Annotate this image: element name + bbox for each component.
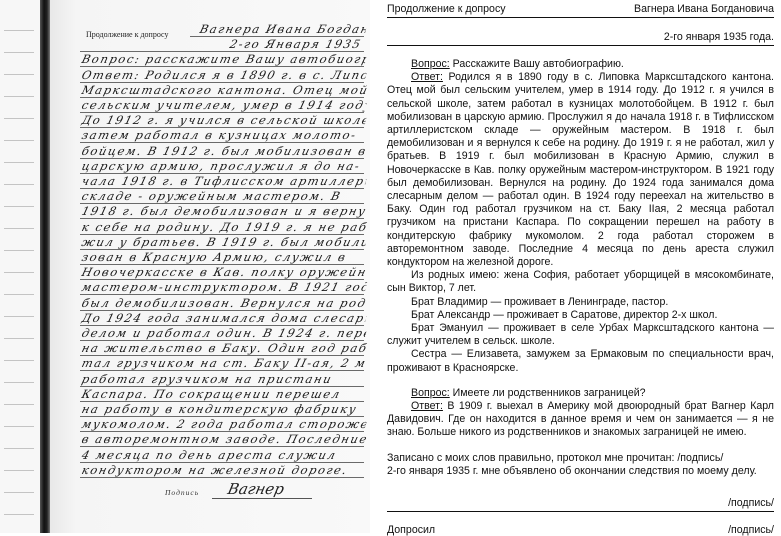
margin-rule	[4, 426, 34, 427]
handwritten-line: складе - оружейным мастером. В	[80, 189, 367, 203]
document-header: Продолжение к допросу Вагнера Ивана Богд…	[387, 0, 774, 18]
handwritten-line: 1918 г. был демобилизован и я вернулся	[80, 204, 367, 218]
question-1-label: Вопрос:	[411, 58, 450, 70]
margin-rule	[4, 162, 34, 163]
margin-rule	[4, 96, 34, 97]
margin-rule	[4, 470, 34, 471]
relative-brother-alexander: Брат Александр — проживает в Саратове, д…	[387, 309, 774, 322]
handwritten-line: Марксштадского кантона. Отец мой был	[80, 83, 367, 97]
handwritten-line: на жительство в Баку. Один год рабо-	[80, 341, 367, 355]
handwritten-line: к себе на родину. До 1919 г. я не работа…	[80, 220, 367, 234]
margin-rule	[4, 514, 34, 515]
handwritten-line: 4 месяца по день ареста служил	[80, 448, 367, 462]
handwritten-line: работал грузчиком на пристани	[80, 372, 367, 386]
closing-recorded-statement: Записано с моих слов правильно, протокол…	[387, 452, 774, 465]
margin-rule	[4, 338, 34, 339]
handwritten-line: жил у братьев. В 1919 г. был мобили-	[80, 235, 367, 249]
scan-header-label: Продолжение к допросу	[86, 30, 168, 39]
margin-rule	[4, 184, 34, 185]
margin-rule	[4, 316, 34, 317]
interrogator-label: Допросил	[387, 524, 435, 536]
handwritten-line: мукомолом. 2 года работал сторожем	[80, 417, 367, 431]
handwritten-line: 2-го Января 1935	[228, 37, 367, 51]
handwritten-line: на работу в кондитерскую фабрику	[80, 402, 367, 416]
margin-rule	[4, 140, 34, 141]
margin-rule	[4, 272, 34, 273]
relatives-intro: Из родных имею: жена София, работает убо…	[387, 269, 774, 295]
scanned-handwritten-page: Продолжение к допросу Подпись Вагнер Ваг…	[0, 0, 370, 533]
handwritten-line: тал грузчиком на ст. Баку II-ая, 2 месяц…	[80, 356, 367, 370]
margin-rule	[4, 52, 34, 53]
handwritten-line: чала 1918 г. в Тифлисском артиллерийском	[80, 174, 367, 188]
handwritten-line: сельским учителем, умер в 1914 году.	[80, 98, 367, 112]
margin-rule	[4, 228, 34, 229]
margin-rule	[4, 492, 34, 493]
handwritten-line: Вопрос: расскажите Вашу автобиографию	[80, 52, 367, 66]
margin-rule	[4, 118, 34, 119]
page-binding	[40, 0, 50, 533]
margin-rule	[4, 294, 34, 295]
handwritten-line: Новочеркасске в Кав. полку оружейным	[80, 265, 367, 279]
closing-investigation-notice: 2-го января 1935 г. мне объявлено об око…	[387, 465, 774, 478]
interrogator-row: Допросил /подпись/	[387, 522, 774, 536]
scan-signature-line	[212, 498, 312, 499]
handwritten-sheet: Продолжение к допросу Подпись Вагнер Ваг…	[50, 0, 370, 533]
typed-transcription: Продолжение к допросу Вагнера Ивана Богд…	[387, 0, 774, 536]
closing-block: Записано с моих слов правильно, протокол…	[387, 452, 774, 478]
previous-page-margin	[0, 0, 40, 533]
document-date: 2-го января 1935 года.	[664, 31, 774, 45]
margin-rule	[4, 360, 34, 361]
answer-2: Ответ: В 1909 г. выехал в Америку мой дв…	[387, 400, 774, 440]
signature-row: /подпись/	[387, 495, 774, 512]
question-2-text: Имеете ли родственников заграницей?	[450, 387, 646, 399]
margin-rule	[4, 448, 34, 449]
handwritten-line: в авторемонтном заводе. Последние	[80, 432, 367, 446]
document-date-row: 2-го января 1935 года.	[387, 28, 774, 46]
margin-rule	[4, 30, 34, 31]
interrogator-signature: /подпись/	[728, 524, 774, 536]
relative-sister-elizaveta: Сестра — Елизавета, замужем за Ермаковым…	[387, 348, 774, 374]
answer-2-text: В 1909 г. выехал в Америку мой двоюродны…	[387, 400, 774, 438]
question-1-text: Расскажите Вашу автобиографию.	[450, 58, 624, 70]
answer-1-text: Родился я в 1890 году в с. Липовка Маркс…	[387, 71, 774, 268]
handwritten-line: Ответ: Родился я в 1890 г. в с. Липовка	[80, 68, 367, 82]
question-1-block: Вопрос: Расскажите Вашу автобиографию. О…	[387, 58, 774, 375]
handwritten-line: бойцем. В 1912 г. был мобилизован в	[80, 144, 367, 158]
scan-signature: Вагнер	[226, 480, 286, 498]
margin-rule	[4, 74, 34, 75]
answer-1: Ответ: Родился я в 1890 году в с. Липовк…	[387, 71, 774, 269]
question-1: Вопрос: Расскажите Вашу автобиографию.	[387, 58, 774, 71]
header-left: Продолжение к допросу	[387, 3, 506, 17]
question-2: Вопрос: Имеете ли родственников заграниц…	[387, 387, 774, 400]
handwritten-line: царскую армию, прослужил я до на-	[80, 159, 367, 173]
handwritten-line: Вагнера Ивана Богдановича	[198, 22, 367, 36]
handwritten-line: кондуктором на железной дороге.	[80, 463, 367, 477]
relative-brother-vladimir: Брат Владимир — проживает в Ленинграде, …	[387, 296, 774, 309]
question-2-label: Вопрос:	[411, 387, 450, 399]
margin-rule	[4, 206, 34, 207]
handwritten-line: Каспара. По сокращении перешел	[80, 387, 367, 401]
handwritten-line: До 1912 г. я учился в сельской школе,	[80, 113, 367, 127]
ruled-line	[80, 477, 364, 478]
header-right: Вагнера Ивана Богдановича	[634, 3, 774, 17]
answer-2-label: Ответ:	[411, 400, 443, 412]
relative-brother-emanuil: Брат Эмануил — проживает в селе Урбах Ма…	[387, 322, 774, 348]
handwritten-line: затем работал в кузницах молото-	[80, 128, 367, 142]
answer-1-label: Ответ:	[411, 71, 443, 83]
handwritten-line: зован в Красную Армию, служил в	[80, 250, 367, 264]
handwritten-line: делом и работал один. В 1924 г. переехал	[80, 326, 367, 340]
scan-signature-label: Подпись	[165, 488, 199, 497]
margin-rule	[4, 250, 34, 251]
question-2-block: Вопрос: Имеете ли родственников заграниц…	[387, 387, 774, 440]
handwritten-line: До 1924 года занимался дома слесарным	[80, 311, 367, 325]
margin-rule	[4, 404, 34, 405]
margin-rule	[4, 382, 34, 383]
handwritten-line: мастером-инструктором. В 1921 году	[80, 280, 367, 294]
handwritten-line: был демобилизован. Вернулся на родину.	[80, 296, 367, 310]
signature-row-right: /подпись/	[728, 497, 774, 511]
